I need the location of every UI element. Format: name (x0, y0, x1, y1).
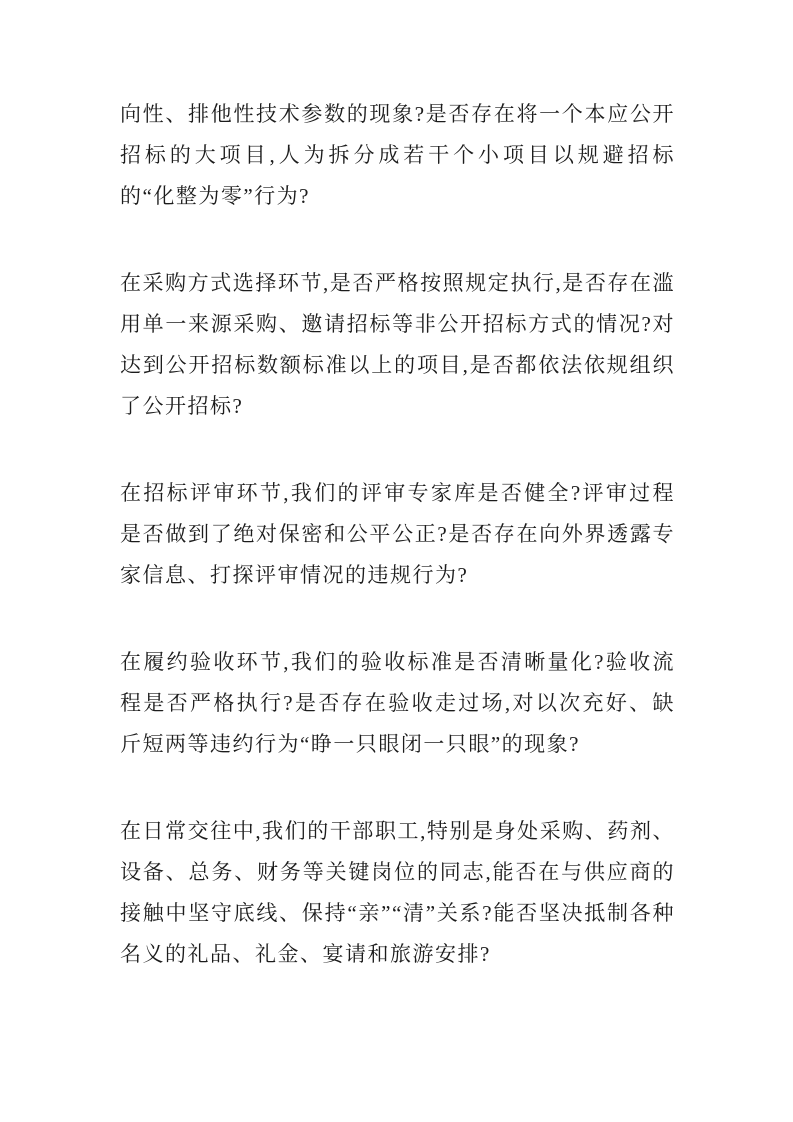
paragraph: 在日常交往中,我们的干部职工,特别是身处采购、药剂、设备、总务、财务等关键岗位的… (120, 811, 675, 975)
paragraph: 在履约验收环节,我们的验收标准是否清晰量化?验收流程是否严格执行?是否存在验收走… (120, 642, 675, 765)
paragraph: 在采购方式选择环节,是否严格按照规定执行,是否存在滥用单一来源采购、邀请招标等非… (120, 263, 675, 427)
paragraph: 在招标评审环节,我们的评审专家库是否健全?评审过程是否做到了绝对保密和公平公正?… (120, 473, 675, 596)
paragraph: 向性、排他性技术参数的现象?是否存在将一个本应公开招标的大项目,人为拆分成若干个… (120, 94, 675, 217)
document-page: 向性、排他性技术参数的现象?是否存在将一个本应公开招标的大项目,人为拆分成若干个… (0, 0, 793, 1122)
text-content: 向性、排他性技术参数的现象?是否存在将一个本应公开招标的大项目,人为拆分成若干个… (120, 94, 675, 975)
